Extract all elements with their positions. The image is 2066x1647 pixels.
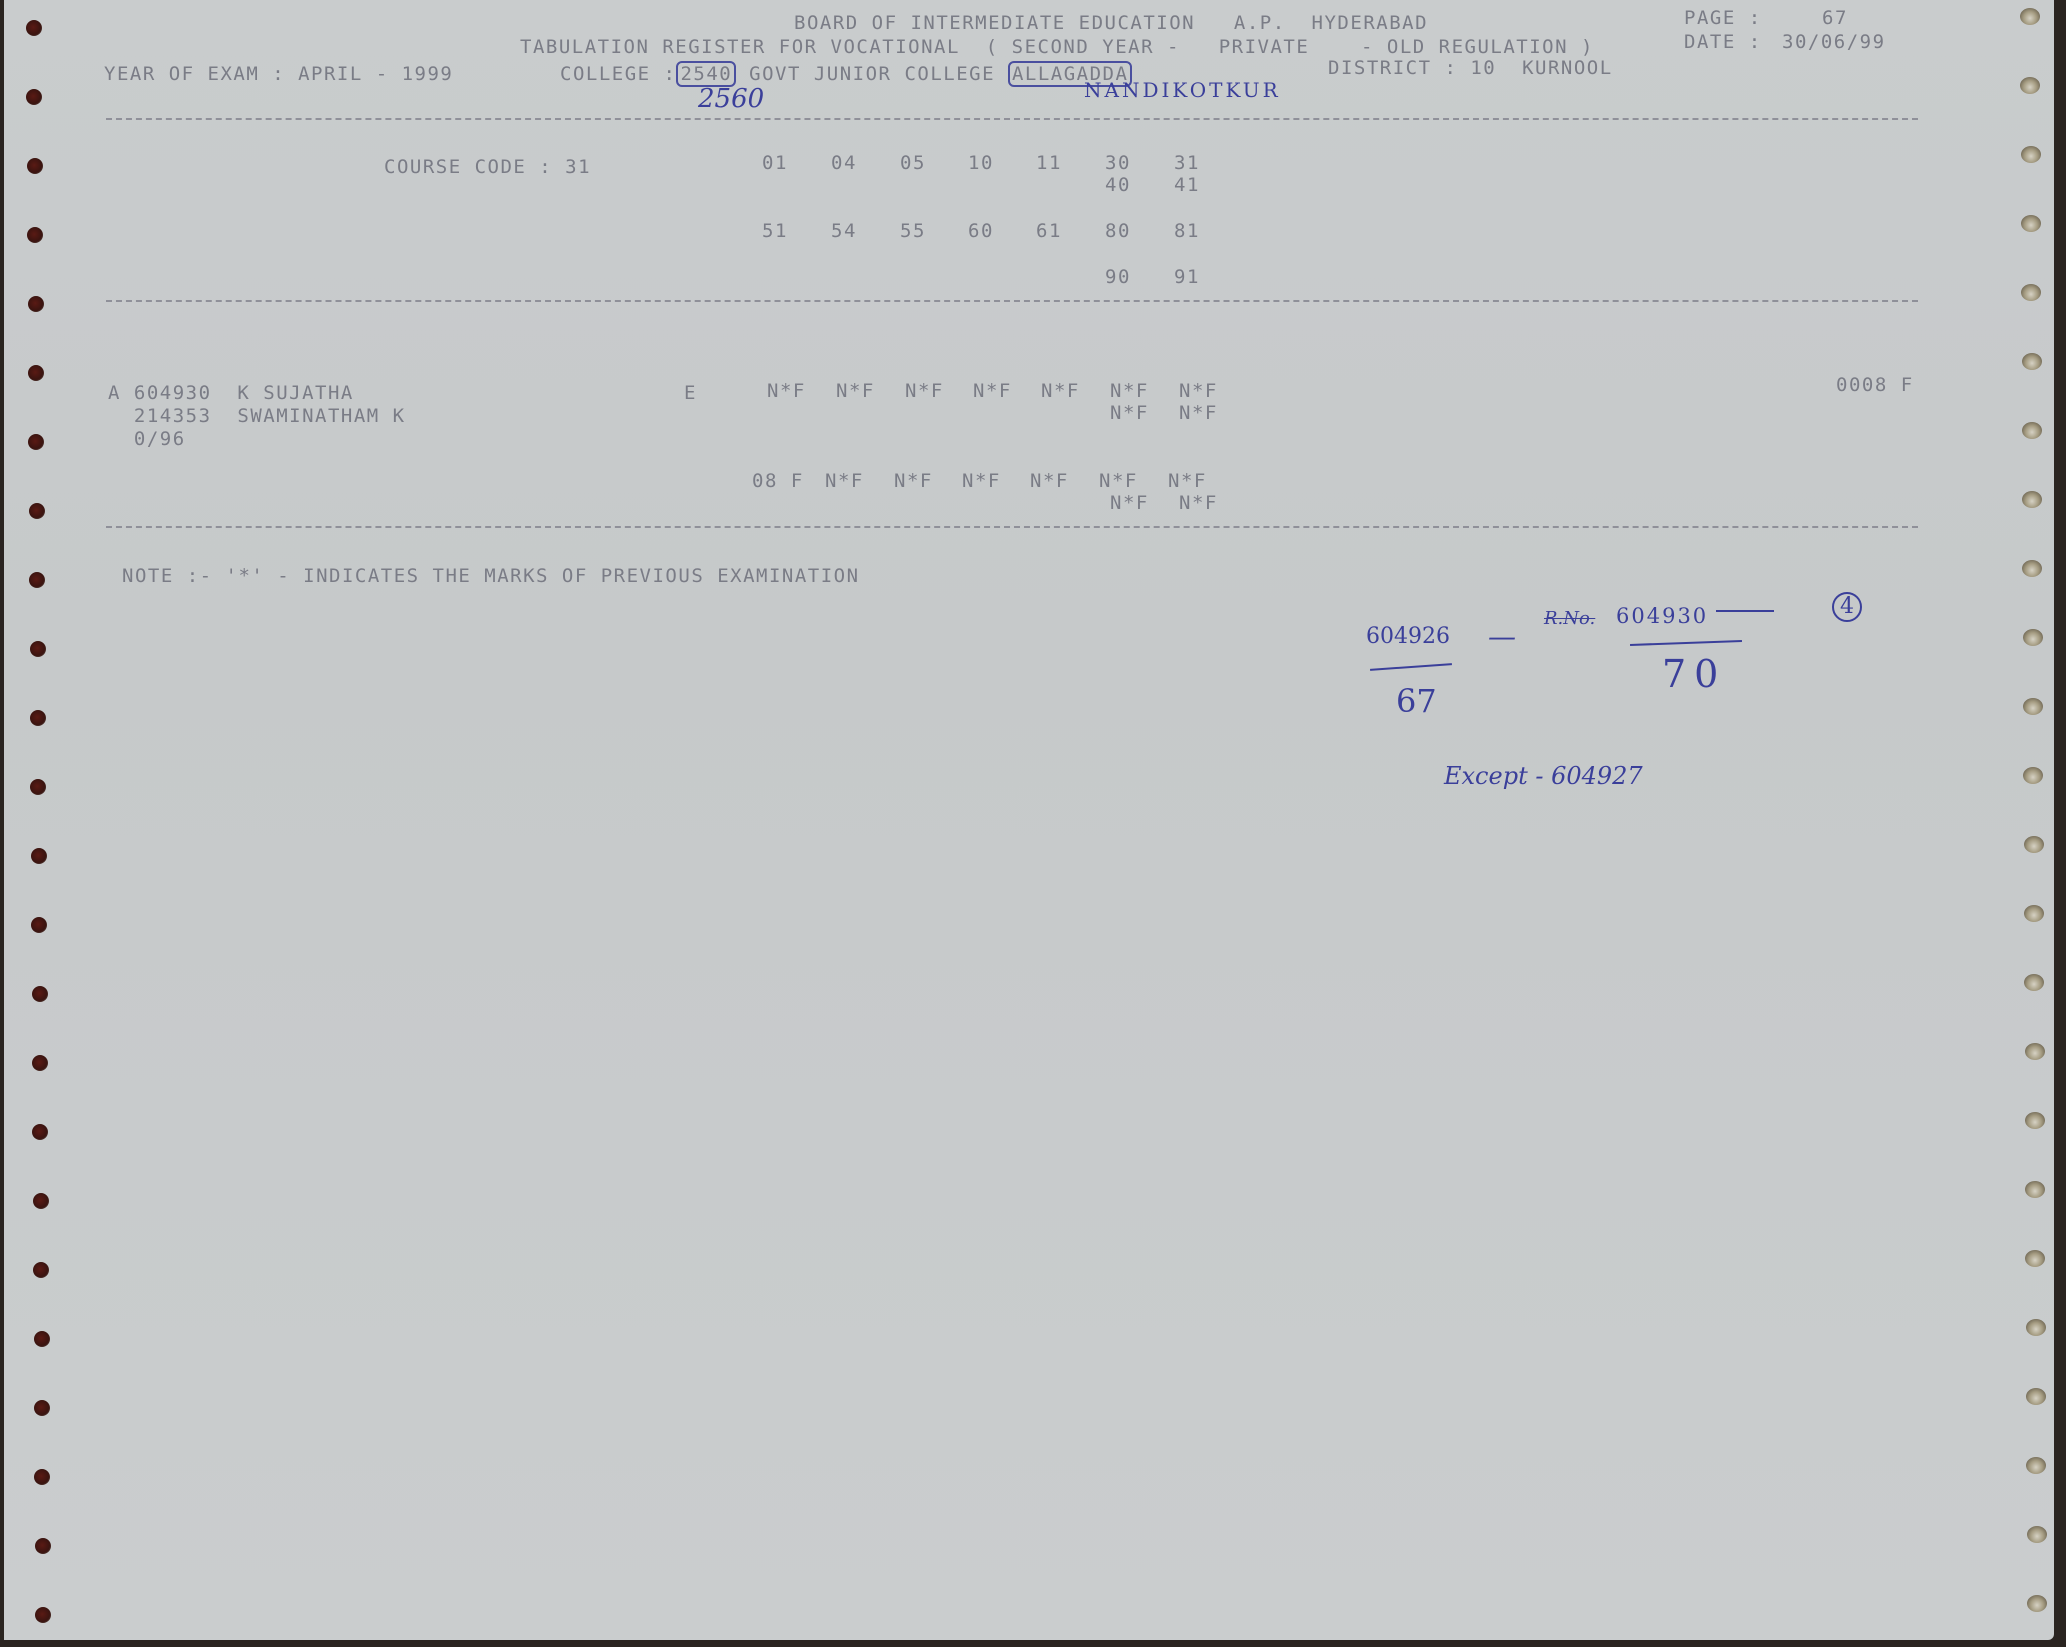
feed-hole: [30, 779, 46, 795]
feed-hole: [32, 1055, 48, 1071]
feed-hole: [31, 917, 47, 933]
feed-hole: [27, 227, 43, 243]
handwritten-place: NANDIKOTKUR: [1084, 78, 1281, 102]
feed-hole: [33, 1262, 49, 1278]
candidate-previous-exam: 0/96: [108, 428, 186, 450]
feed-hole: [2022, 560, 2042, 577]
subject-code: 41: [1174, 174, 1200, 196]
feed-hole: [2022, 353, 2042, 370]
subject-code: 91: [1174, 266, 1200, 288]
subject-code: 90: [1105, 266, 1131, 288]
subject-code: 11: [1036, 152, 1062, 174]
college-name: GOVT JUNIOR COLLEGE: [749, 63, 995, 85]
subject-code: 10: [968, 152, 994, 174]
subject-mark: N*F: [973, 380, 1012, 402]
feed-hole: [2025, 1043, 2045, 1060]
subject-code: 81: [1174, 220, 1200, 242]
fraction-line: [1630, 640, 1742, 646]
feed-hole: [34, 1331, 50, 1347]
feed-hole: [2023, 629, 2043, 646]
course-code-label: COURSE CODE : 31: [384, 156, 591, 178]
feed-hole: [35, 1538, 51, 1554]
subject-mark: N*F: [1179, 402, 1218, 424]
district: DISTRICT : 10 KURNOOL: [1328, 57, 1613, 79]
feed-hole: [2027, 1595, 2047, 1612]
feed-hole: [28, 296, 44, 312]
handwritten-range-start: 604926: [1366, 624, 1450, 649]
divider: [106, 300, 1918, 302]
feed-hole: [2023, 698, 2043, 715]
subject-code: 31: [1174, 152, 1200, 174]
date-label: DATE :: [1684, 31, 1762, 53]
feed-hole: [30, 710, 46, 726]
subject-mark: N*F: [894, 470, 933, 492]
feed-hole: [2021, 284, 2041, 301]
feed-hole: [2026, 1388, 2046, 1405]
feed-hole: [2024, 905, 2044, 922]
subject-code: 30: [1105, 152, 1131, 174]
total-result: 0008 F: [1836, 374, 1914, 396]
college-label: COLLEGE :: [560, 63, 676, 85]
subject-mark: N*F: [1110, 492, 1149, 514]
subject-code: 40: [1105, 174, 1131, 196]
print-date: 30/06/99: [1782, 31, 1886, 53]
subject-code: 54: [831, 220, 857, 242]
feed-hole: [29, 503, 45, 519]
feed-hole: [2025, 1181, 2045, 1198]
tabulation-register-page: BOARD OF INTERMEDIATE EDUCATION A.P. HYD…: [4, 0, 2054, 1640]
feed-hole: [2021, 146, 2041, 163]
subject-mark: N*F: [1041, 380, 1080, 402]
feed-hole: [34, 1400, 50, 1416]
feed-hole: [2020, 77, 2040, 94]
feed-hole: [2024, 836, 2044, 853]
feed-hole: [32, 986, 48, 1002]
subject-mark: N*F: [962, 470, 1001, 492]
feed-hole: [2025, 1250, 2045, 1267]
subject-code: 61: [1036, 220, 1062, 242]
subject-code: 80: [1105, 220, 1131, 242]
register-title: TABULATION REGISTER FOR VOCATIONAL ( SEC…: [520, 36, 1594, 58]
feed-hole: [2025, 1112, 2045, 1129]
feed-hole: [2022, 491, 2042, 508]
feed-hole: [30, 641, 46, 657]
feed-hole: [2020, 8, 2040, 25]
subject-mark: N*F: [1168, 470, 1207, 492]
candidate-parent: 214353 SWAMINATHAM K: [108, 405, 406, 427]
feed-hole: [35, 1607, 51, 1623]
handwritten-end-page: 70: [1662, 652, 1726, 696]
fraction-line: [1370, 663, 1452, 671]
feed-hole: [33, 1193, 49, 1209]
feed-hole: [2021, 215, 2041, 232]
handwritten-college-code: 2560: [698, 84, 764, 114]
year-of-exam: YEAR OF EXAM : APRIL - 1999: [104, 63, 453, 85]
subject-mark: N*F: [1110, 380, 1149, 402]
handwritten-range-end: 604930: [1616, 604, 1708, 628]
feed-hole: [2023, 767, 2043, 784]
subject-mark: N*F: [905, 380, 944, 402]
subject-mark: N*F: [767, 380, 806, 402]
handwritten-dash: —: [1488, 620, 1516, 653]
handwritten-rno-prefix: R.No.: [1544, 608, 1595, 629]
handwritten-start-page: 67: [1396, 682, 1437, 720]
subject-mark: N*F: [1179, 380, 1218, 402]
handwritten-except-note: Except - 604927: [1444, 762, 1643, 790]
footnote: NOTE :- '*' - INDICATES THE MARKS OF PRE…: [122, 565, 860, 587]
feed-hole: [31, 848, 47, 864]
feed-hole: [2022, 422, 2042, 439]
divider: [106, 526, 1918, 528]
feed-hole: [29, 572, 45, 588]
college-line: COLLEGE :2540 GOVT JUNIOR COLLEGE ALLAGA…: [560, 63, 1132, 85]
subject-code: 04: [831, 152, 857, 174]
board-title: BOARD OF INTERMEDIATE EDUCATION A.P. HYD…: [794, 12, 1428, 34]
subject-mark: N*F: [836, 380, 875, 402]
feed-hole: [2027, 1526, 2047, 1543]
subject-code: 05: [900, 152, 926, 174]
subject-mark: N*F: [1179, 492, 1218, 514]
feed-hole: [28, 365, 44, 381]
feed-hole: [28, 434, 44, 450]
subject-code: 55: [900, 220, 926, 242]
page-label: PAGE :: [1684, 7, 1762, 29]
feed-hole: [27, 158, 43, 174]
subject-mark: N*F: [1099, 470, 1138, 492]
subject-mark: N*F: [825, 470, 864, 492]
page-number: 67: [1822, 7, 1848, 29]
feed-hole: [26, 89, 42, 105]
handwritten-circled-count: 4: [1832, 592, 1862, 622]
candidate-category: E: [684, 382, 697, 404]
subject-mark: 08 F: [752, 470, 804, 492]
feed-hole: [2026, 1319, 2046, 1336]
trailing-dash: [1716, 610, 1774, 612]
subject-mark: N*F: [1030, 470, 1069, 492]
candidate-roll-name: A 604930 K SUJATHA: [108, 382, 354, 404]
divider: [106, 118, 1918, 120]
feed-hole: [26, 20, 42, 36]
subject-code: 01: [762, 152, 788, 174]
feed-hole: [34, 1469, 50, 1485]
feed-hole: [2026, 1457, 2046, 1474]
subject-code: 60: [968, 220, 994, 242]
feed-hole: [32, 1124, 48, 1140]
subject-code: 51: [762, 220, 788, 242]
subject-mark: N*F: [1110, 402, 1149, 424]
feed-hole: [2024, 974, 2044, 991]
